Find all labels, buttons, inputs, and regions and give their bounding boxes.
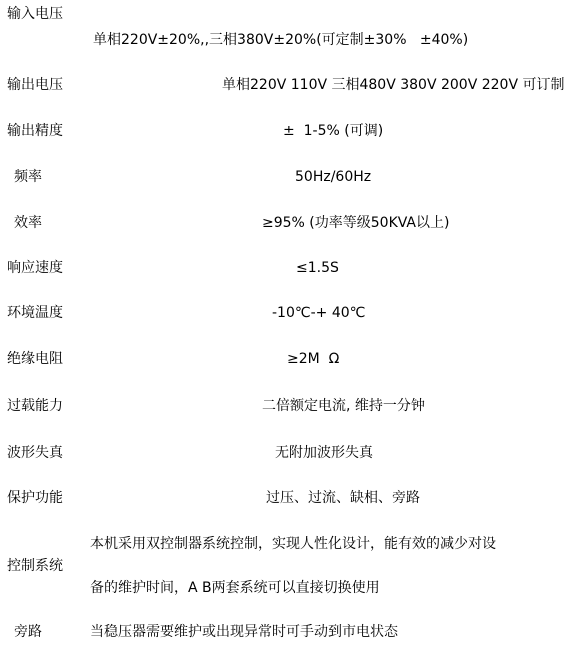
bypass-label: 旁路 xyxy=(14,625,42,640)
input-voltage-value: 单相220V±20%,,三相380V±20%(可定制±30% ±40%) xyxy=(93,33,468,48)
insulation-resistance-value: ≥2M Ω xyxy=(287,352,339,367)
waveform-distortion-value: 无附加波形失真 xyxy=(275,446,373,461)
efficiency-value: ≥95% (功率等级50KVA以上) xyxy=(262,216,449,231)
protection-function-label: 保护功能 xyxy=(7,491,63,506)
output-accuracy-label: 输出精度 xyxy=(7,124,63,139)
output-voltage-label: 输出电压 xyxy=(7,78,63,93)
frequency-value: 50Hz/60Hz xyxy=(295,170,371,185)
response-speed-label: 响应速度 xyxy=(7,261,63,276)
input-voltage-label: 输入电压 xyxy=(7,7,63,22)
bypass-value: 当稳压器需要维护或出现异常时可手动到市电状态 xyxy=(90,625,398,640)
overload-capacity-label: 过载能力 xyxy=(7,399,63,414)
control-system-value-line1: 本机采用双控制器系统控制，实现人性化设计，能有效的减少对设 xyxy=(90,537,496,552)
overload-capacity-value: 二倍额定电流, 维持一分钟 xyxy=(262,399,425,414)
waveform-distortion-label: 波形失真 xyxy=(7,446,63,461)
output-voltage-value: 单相220V 110V 三相480V 380V 200V 220V 可订制 xyxy=(222,78,565,93)
output-accuracy-value: ± 1-5% (可调) xyxy=(283,124,383,139)
ambient-temperature-value: -10℃-+ 40℃ xyxy=(272,306,365,321)
protection-function-value: 过压、过流、缺相、旁路 xyxy=(266,491,420,506)
efficiency-label: 效率 xyxy=(14,216,42,231)
control-system-value-line2: 备的维护时间，A B两套系统可以直接切换使用 xyxy=(90,581,380,596)
frequency-label: 频率 xyxy=(14,170,42,185)
specification-table: 输入电压 单相220V±20%,,三相380V±20%(可定制±30% ±40%… xyxy=(0,0,588,647)
insulation-resistance-label: 绝缘电阻 xyxy=(7,352,63,367)
control-system-label: 控制系统 xyxy=(7,559,63,574)
ambient-temperature-label: 环境温度 xyxy=(7,306,63,321)
response-speed-value: ≤1.5S xyxy=(296,261,339,276)
